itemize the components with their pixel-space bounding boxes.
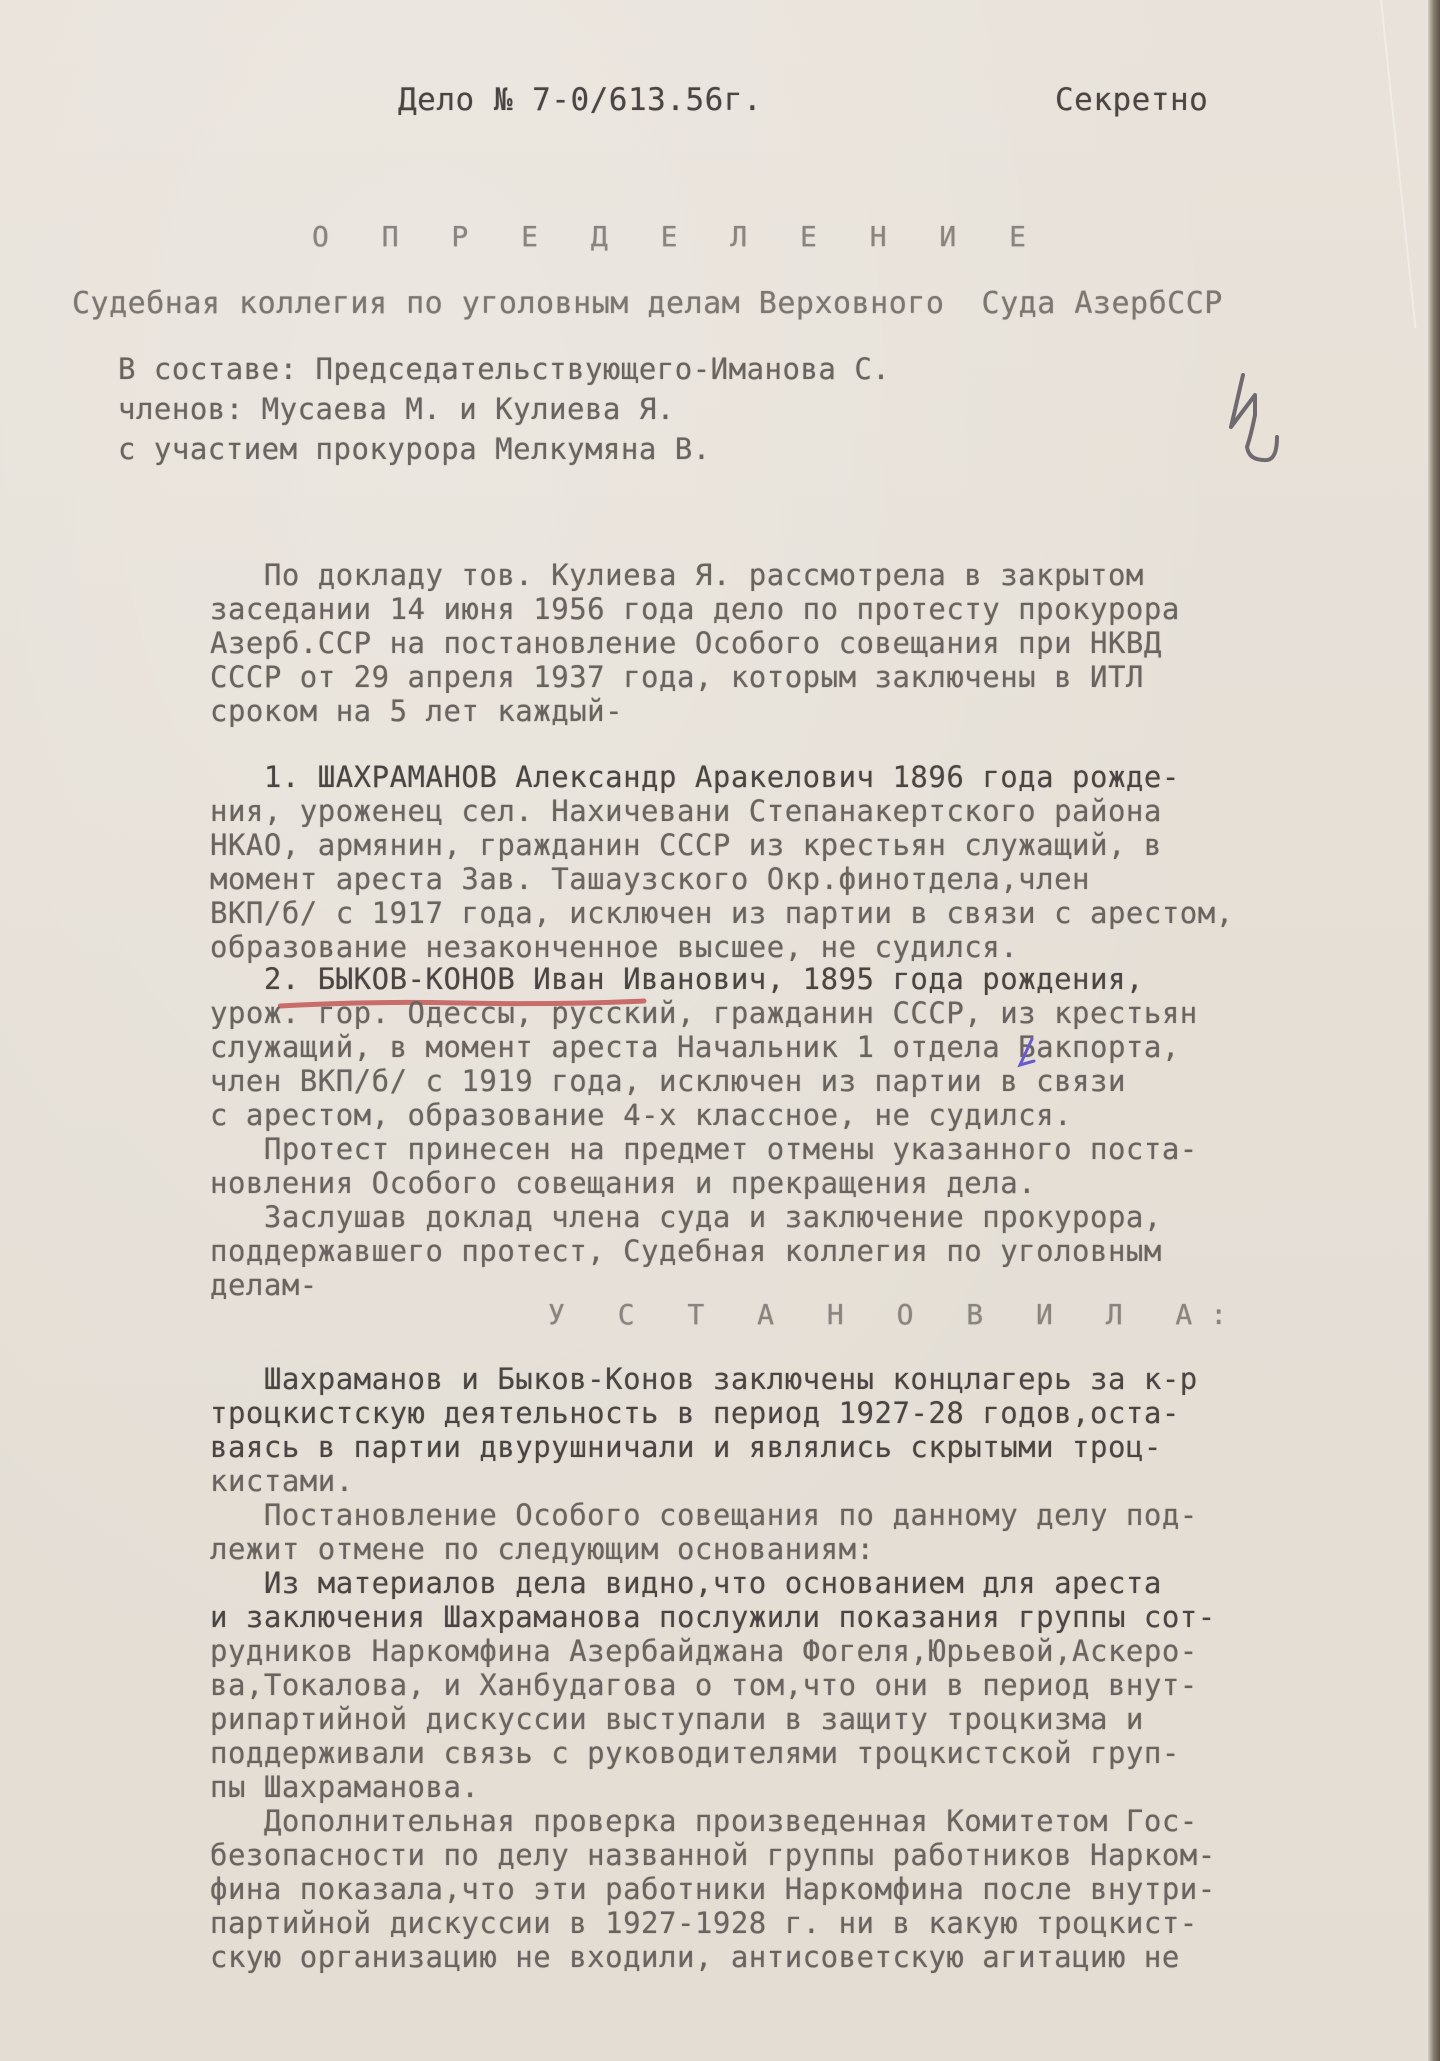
person-1-line-2: ния, уроженец сел. Нахичевани Степанакер… xyxy=(210,794,1162,828)
findings-line-14: Дополнительная проверка произведенная Ко… xyxy=(210,1804,1198,1838)
findings-line-15: безопасности по делу названной группы ра… xyxy=(210,1838,1216,1872)
findings-line-13: пы Шахраманова. xyxy=(210,1770,479,1804)
composition-line-1: В составе: Председательствующего-Иманова… xyxy=(118,352,890,386)
findings-line-3: ваясь в партии двурушничали и являлись с… xyxy=(210,1430,1162,1464)
findings-line-9: рудников Наркомфина Азербайджана Фогеля,… xyxy=(210,1634,1198,1668)
person-1-line-1: 1. ШАХРАМАНОВ Александр Аракелович 1896 … xyxy=(210,760,1180,794)
findings-line-12: поддерживали связь с руководителями троц… xyxy=(210,1736,1180,1770)
findings-line-8: и заключения Шахраманова послужили показ… xyxy=(210,1600,1216,1634)
classification-label: Секретно xyxy=(1055,82,1208,118)
established-heading: У С Т А Н О В И Л А: xyxy=(548,1298,1245,1331)
person-1-line-6: образование незаконченное высшее, не суд… xyxy=(210,930,1018,964)
person-1-line-3: НКАО, армянин, гражданин СССР из крестья… xyxy=(210,828,1162,862)
findings-line-2: троцкистскую деятельность в период 1927-… xyxy=(210,1396,1180,1430)
findings-line-11: рипартийной дискуссии выступали в защиту… xyxy=(210,1702,1144,1736)
findings-line-10: ва,Токалова, и Ханбудагова о том,что они… xyxy=(210,1668,1198,1702)
intro-line-1: По докладу тов. Кулиева Я. рассмотрела в… xyxy=(210,558,1144,592)
document-title: О П Р Е Д Е Л Е Н И Е xyxy=(312,220,1044,253)
findings-line-1: Шахраманов и Быков-Конов заключены концл… xyxy=(210,1362,1198,1396)
paper-edge xyxy=(1428,0,1440,2061)
person-2-line-1: 2. БЫКОВ-КОНОВ Иван Иванович, 1895 года … xyxy=(210,962,1144,996)
findings-line-6: лежит отмене по следующим основаниям: xyxy=(210,1532,875,1566)
person-1-line-5: ВКП/б/ с 1917 года, исключен из партии в… xyxy=(210,896,1234,930)
findings-line-17: партийной дискуссии в 1927-1928 г. ни в … xyxy=(210,1906,1198,1940)
protest-line-4: поддержавшего протест, Судебная коллегия… xyxy=(210,1234,1162,1268)
protest-line-3: Заслушав доклад члена суда и заключение … xyxy=(210,1200,1162,1234)
findings-line-5: Постановление Особого совещания по данно… xyxy=(210,1498,1198,1532)
findings-line-16: фина показала,что эти работники Наркомфи… xyxy=(210,1872,1216,1906)
composition-line-2: членов: Мусаева М. и Кулиева Я. xyxy=(118,392,675,426)
handwritten-page-number xyxy=(1225,365,1305,475)
intro-line-5: сроком на 5 лет каждый- xyxy=(210,694,623,728)
person-2-line-5: с арестом, образование 4-х классное, не … xyxy=(210,1098,1072,1132)
person-2-line-4: член ВКП/б/ с 1919 года, исключен из пар… xyxy=(210,1064,1126,1098)
person-2-line-2: урож. гор. Одессы, русский, гражданин СС… xyxy=(210,996,1198,1030)
intro-line-4: СССР от 29 апреля 1937 года, которым зак… xyxy=(210,660,1144,694)
protest-line-2: новления Особого совещания и прекращения… xyxy=(210,1166,1036,1200)
person-1-line-4: момент ареста Зав. Ташаузского Окр.финот… xyxy=(210,862,1090,896)
composition-line-3: с участием прокурора Мелкумяна В. xyxy=(118,432,711,466)
findings-line-4: кистами. xyxy=(210,1464,354,1498)
case-number: Дело № 7-0/613.56г. xyxy=(398,82,762,118)
protest-line-1: Протест принесен на предмет отмены указа… xyxy=(210,1132,1198,1166)
findings-line-18: скую организацию не входили, антисоветск… xyxy=(210,1940,1180,1974)
findings-line-7: Из материалов дела видно,что основанием … xyxy=(210,1566,1162,1600)
court-name: Судебная коллегия по уголовным делам Вер… xyxy=(72,286,1223,321)
protest-line-5: делам- xyxy=(210,1268,318,1302)
intro-line-2: заседании 14 июня 1956 года дело по прот… xyxy=(210,592,1180,626)
intro-line-3: Азерб.ССР на постановление Особого совещ… xyxy=(210,626,1162,660)
